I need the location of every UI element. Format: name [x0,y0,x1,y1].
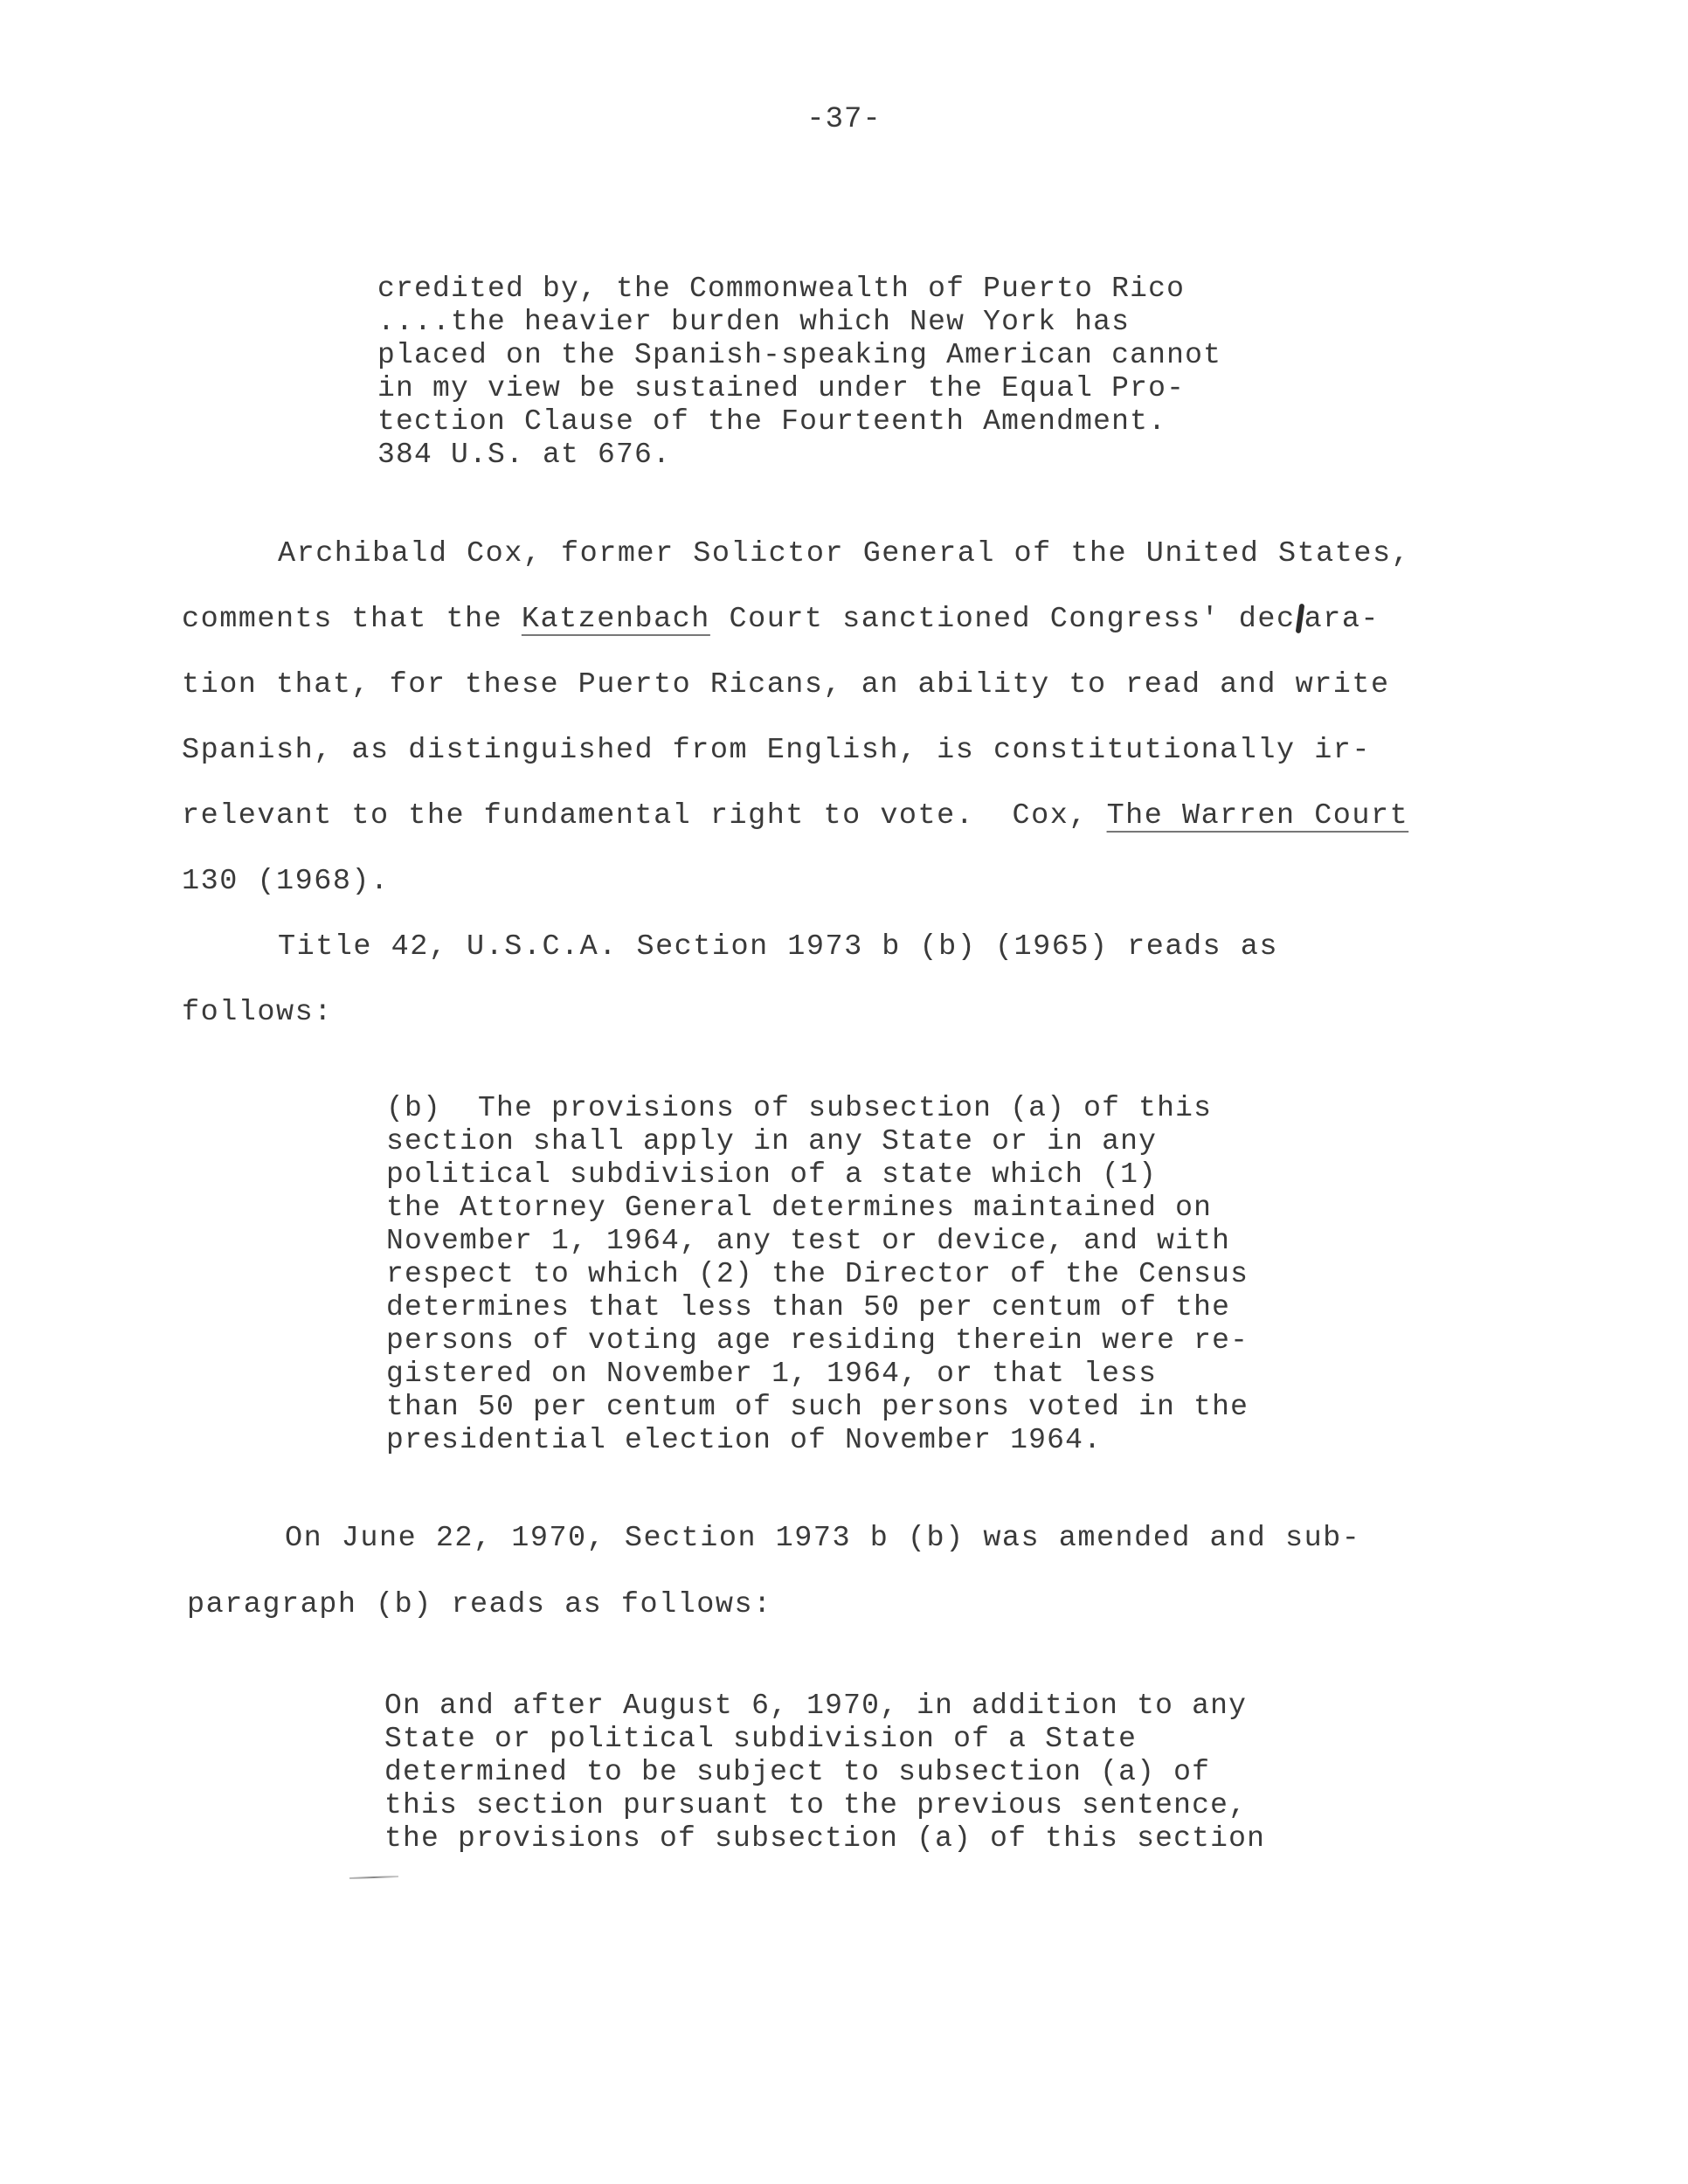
quote-line: the provisions of subsection (a) of this… [384,1822,1265,1855]
quote-line: presidential election of November 1964. [386,1424,1102,1456]
quote-line: this section pursuant to the previous se… [384,1789,1247,1821]
quote-line: State or political subdivision of a Stat… [384,1723,1137,1755]
quote-line: tection Clause of the Fourteenth Amendme… [377,405,1166,438]
text: relevant to the fundamental right to vot… [182,799,1107,833]
case-name-katzenbach: Katzenbach [522,603,710,636]
paragraph-line: 130 (1968). [182,865,390,898]
quote-line: ....the heavier burden which New York ha… [377,306,1130,338]
paragraph-line: Archibald Cox, former Solictor General o… [278,537,1410,570]
quote-line: determines that less than 50 per centum … [386,1291,1230,1324]
paragraph-line: follows: [182,996,333,1029]
text: comments that the [182,603,522,636]
quote-line: in my view be sustained under the Equal … [377,372,1185,404]
quote-line: respect to which (2) the Director of the… [386,1258,1249,1290]
quote-line: than 50 per centum of such persons voted… [386,1391,1249,1423]
quote-line: persons of voting age residing therein w… [386,1324,1249,1357]
paragraph-line: Spanish, as distinguished from English, … [182,734,1371,767]
page-number: -37- [0,103,1688,136]
stray-pencil-mark [349,1876,398,1879]
quote-line: political subdivision of a state which (… [386,1158,1157,1191]
quote-line: November 1, 1964, any test or device, an… [386,1225,1230,1257]
text: ara- [1304,603,1380,636]
quote-line: placed on the Spanish-speaking American … [377,339,1221,371]
quote-line: 384 U.S. at 676. [377,439,671,471]
paragraph-line: tion that, for these Puerto Ricans, an a… [182,668,1390,702]
quote-line: the Attorney General determines maintain… [386,1192,1212,1224]
text: Court sanctioned Congress' dec [710,603,1296,636]
paragraph-line: paragraph (b) reads as follows: [187,1588,772,1621]
handwritten-correction-mark [1295,604,1304,634]
paragraph-line: Title 42, U.S.C.A. Section 1973 b (b) (1… [278,930,1278,964]
paragraph-line: comments that the Katzenbach Court sanct… [182,603,1380,636]
paragraph-line: relevant to the fundamental right to vot… [182,799,1408,833]
quote-line: credited by, the Commonwealth of Puerto … [377,273,1185,305]
book-title-warren-court: The Warren Court [1107,799,1409,833]
quote-line: (b) The provisions of subsection (a) of … [386,1092,1212,1124]
paragraph-line: On June 22, 1970, Section 1973 b (b) was… [285,1522,1360,1555]
quote-line: section shall apply in any State or in a… [386,1125,1157,1158]
quote-line: On and after August 6, 1970, in addition… [384,1690,1247,1722]
quote-line: determined to be subject to subsection (… [384,1756,1210,1788]
quote-line: gistered on November 1, 1964, or that le… [386,1358,1157,1390]
